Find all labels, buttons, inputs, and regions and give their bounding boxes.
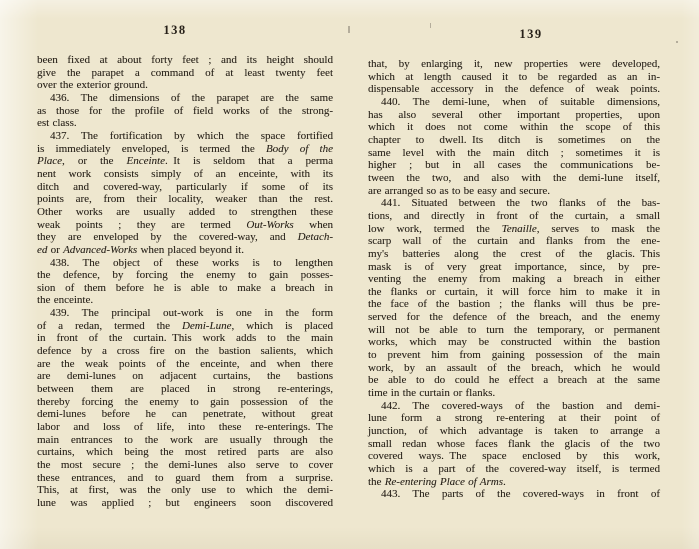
italic-text-run: Body of the xyxy=(266,143,333,155)
text-run: defence by a cross fire on the bastion s… xyxy=(37,345,333,357)
text-run: main entrances to the work are usually t… xyxy=(37,434,333,446)
page-right: 139 that, by enlarging it, new propertie… xyxy=(368,28,660,501)
text-line: the most secure ; the demi-lunes also se… xyxy=(37,459,333,472)
text-run: works, which may be constructed within t… xyxy=(368,336,660,348)
text-line: This, at first, was the only use to whic… xyxy=(37,484,333,497)
text-line: the flanks or curtain, it will force him… xyxy=(368,286,660,299)
text-run: tions, and directly in front of the curt… xyxy=(368,210,660,222)
text-run: low work, termed the xyxy=(368,223,502,235)
text-line: defence by a cross fire on the bastion s… xyxy=(37,345,333,358)
italic-text-run: Enceinte xyxy=(126,155,164,167)
text-line: the enceinte. xyxy=(37,294,333,307)
text-line: which at length caused it to be regarded… xyxy=(368,71,660,84)
italic-text-run: Detach- xyxy=(298,231,333,243)
text-run: labor and loss of life, into these re-en… xyxy=(37,421,333,433)
text-run: they are enveloped by the covered-way, a… xyxy=(37,231,298,243)
text-line: the Re-entering Place of Arms. xyxy=(368,476,660,489)
text-line: over the exterior ground. xyxy=(37,79,333,92)
text-line: that, by enlarging it, new properties we… xyxy=(368,58,660,71)
italic-text-run: Re-entering Place of Arms xyxy=(385,476,503,488)
text-run: , serves to mask the xyxy=(537,223,660,235)
text-run: thereby forcing the enemy to gain posses… xyxy=(37,396,333,408)
text-line: mask is of very great importance, since,… xyxy=(368,261,660,274)
text-line: demi-lunes before he can penetrate, with… xyxy=(37,408,333,421)
text-run: 442. The covered-ways of the bastion and… xyxy=(381,400,660,412)
text-run: the most secure ; the demi-lunes also se… xyxy=(37,459,333,471)
text-line: tions, and directly in front of the curt… xyxy=(368,210,660,223)
text-line: between them are placed in strong re-ent… xyxy=(37,383,333,396)
text-line: give the parapet a command of at least t… xyxy=(37,67,333,80)
text-run: these entrances, and to guard them from … xyxy=(37,472,333,484)
text-line: the face of the bastion ; the flanks wil… xyxy=(368,298,660,311)
text-line: tween the two, and also with the demi-lu… xyxy=(368,172,660,185)
page-left: 138 been fixed at about forty feet ; and… xyxy=(37,24,333,510)
text-run: be able to do could he effect a breach a… xyxy=(368,374,660,386)
text-line: served for the defence of the breach, an… xyxy=(368,311,660,324)
text-line: 443. The parts of the covered-ways in fr… xyxy=(368,488,660,501)
text-run: chapter to dwell. Its ditch is sometimes… xyxy=(368,134,660,146)
scan-speck xyxy=(676,41,678,43)
text-run: are the weak points of the enceinte, and… xyxy=(37,358,333,370)
text-line: curtains, which being the most retired p… xyxy=(37,446,333,459)
text-line: they are enveloped by the covered-way, a… xyxy=(37,231,333,244)
page-number: 139 xyxy=(385,28,677,41)
text-run: small redan whose faces flank the glacis… xyxy=(368,438,660,450)
text-run: work, by an assault of the breach, which… xyxy=(368,362,660,374)
text-run: curtains, which being the most retired p… xyxy=(37,446,333,458)
text-run: mask is of very great importance, since,… xyxy=(368,261,660,273)
text-line: sion of them before he is able to make a… xyxy=(37,282,333,295)
text-line: low work, termed the Tenaille, serves to… xyxy=(368,223,660,236)
text-line: est class. xyxy=(37,117,333,130)
text-run: tween the two, and also with the demi-lu… xyxy=(368,172,660,184)
text-run: as those for the profile of field works … xyxy=(37,105,333,117)
text-run: . xyxy=(503,476,506,488)
text-line: 436. The dimensions of the parapet are t… xyxy=(37,92,333,105)
text-run: the xyxy=(368,476,385,488)
text-run: dispensable accessory in the defence of … xyxy=(368,83,660,95)
text-line: 438. The object of these works is to len… xyxy=(37,257,333,270)
text-line: 440. The demi-lune, when of suitable dim… xyxy=(368,96,660,109)
text-run: points are, from their locality, weaker … xyxy=(37,193,333,205)
text-line: lune form a strong re-entering at their … xyxy=(368,412,660,425)
text-line: 437. The fortification by which the spac… xyxy=(37,130,333,143)
text-run: or xyxy=(47,244,63,256)
text-run: higher ; but in all cases the communicat… xyxy=(368,159,660,171)
text-line: are the weak points of the enceinte, and… xyxy=(37,358,333,371)
text-line: same level with the main ditch ; sometim… xyxy=(368,147,660,160)
text-run: to prevent him from gaining possession o… xyxy=(368,349,660,361)
text-line: of a redan, termed the Demi-Lune, which … xyxy=(37,320,333,333)
text-run: scarp wall of the curtain and flanks fro… xyxy=(368,235,660,247)
text-line: Place, or the Enceinte. It is seldom tha… xyxy=(37,155,333,168)
text-line: these entrances, and to guard them from … xyxy=(37,472,333,485)
text-run: Other works are usually added to strengt… xyxy=(37,206,333,218)
text-line: my's batteries along the crest of the gl… xyxy=(368,248,660,261)
text-line: Other works are usually added to strengt… xyxy=(37,206,333,219)
text-line: 441. Situated between the two flanks of … xyxy=(368,197,660,210)
text-line: chapter to dwell. Its ditch is sometimes… xyxy=(368,134,660,147)
text-run: venting the enemy from making a breach i… xyxy=(368,273,660,285)
text-line: covered ways. The space enclosed by this… xyxy=(368,450,660,463)
text-run: , or the xyxy=(62,155,126,167)
text-line: points are, from their locality, weaker … xyxy=(37,193,333,206)
text-line: which is a part of the covered-way itsel… xyxy=(368,463,660,476)
text-run: nent work consists simply of an enceinte… xyxy=(37,168,333,180)
text-run: that, by enlarging it, new properties we… xyxy=(368,58,660,70)
text-run: 443. The parts of the covered-ways in fr… xyxy=(381,488,660,500)
italic-text-run: Place xyxy=(37,155,62,167)
text-run: 437. The fortification by which the spac… xyxy=(50,130,333,142)
text-run: when xyxy=(294,219,333,231)
text-run: covered ways. The space enclosed by this… xyxy=(368,450,660,462)
text-line: thereby forcing the enemy to gain posses… xyxy=(37,396,333,409)
text-run: 440. The demi-lune, when of suitable dim… xyxy=(381,96,660,108)
text-run: ditch and covered-way, particularly if s… xyxy=(37,181,333,193)
text-line: nent work consists simply of an enceinte… xyxy=(37,168,333,181)
text-run: 438. The object of these works is to len… xyxy=(50,257,333,269)
text-line: time in the curtain or flanks. xyxy=(368,387,660,400)
text-run: been fixed at about forty feet ; and its… xyxy=(37,54,333,66)
text-line: higher ; but in all cases the communicat… xyxy=(368,159,660,172)
text-line: ditch and covered-way, particularly if s… xyxy=(37,181,333,194)
book-spread: 138 been fixed at about forty feet ; and… xyxy=(0,0,699,549)
text-line: junction, of which advantage is taken to… xyxy=(368,425,660,438)
text-line: be able to do could he effect a breach a… xyxy=(368,374,660,387)
text-line: which it does not come within the scope … xyxy=(368,121,660,134)
text-run: which at length caused it to be regarded… xyxy=(368,71,660,83)
text-run: time in the curtain or flanks. xyxy=(368,387,495,399)
text-run: 441. Situated between the two flanks of … xyxy=(381,197,660,209)
text-line: in front of the curtain. This work adds … xyxy=(37,332,333,345)
italic-text-run: ed xyxy=(37,244,47,256)
text-line: are demi-lunes on adjacent curtains, the… xyxy=(37,370,333,383)
text-run: same level with the main ditch ; sometim… xyxy=(368,147,660,159)
text-run: the flanks or curtain, it will force him… xyxy=(368,286,660,298)
text-line: has also several other important propert… xyxy=(368,109,660,122)
scan-speck xyxy=(348,26,350,33)
text-run: which is a part of the covered-way itsel… xyxy=(368,463,660,475)
text-run: sion of them before he is able to make a… xyxy=(37,282,333,294)
italic-text-run: Out-Works xyxy=(246,219,293,231)
text-run: . It is seldom that a perma xyxy=(165,155,333,167)
text-run: the defence, by forcing the enemy to gai… xyxy=(37,269,333,281)
text-run: weak points ; they are termed xyxy=(37,219,246,231)
text-run: between them are placed in strong re-ent… xyxy=(37,383,333,395)
text-run: my's batteries along the crest of the gl… xyxy=(368,248,660,260)
text-run: lune form a strong re-entering at their … xyxy=(368,412,660,424)
text-run: lune was applied ; but engineers soon di… xyxy=(37,497,333,509)
text-run: the face of the bastion ; the flanks wil… xyxy=(368,298,660,310)
text-line: main entrances to the work are usually t… xyxy=(37,434,333,447)
text-line: lune was applied ; but engineers soon di… xyxy=(37,497,333,510)
text-run: are arranged so as to be easy and secure… xyxy=(368,185,550,197)
text-line: the defence, by forcing the enemy to gai… xyxy=(37,269,333,282)
text-line: dispensable accessory in the defence of … xyxy=(368,83,660,96)
text-line: weak points ; they are termed Out-Works … xyxy=(37,219,333,232)
text-line: been fixed at about forty feet ; and its… xyxy=(37,54,333,67)
text-run: when placed beyond it. xyxy=(137,244,244,256)
text-run: give the parapet a command of at least t… xyxy=(37,67,333,79)
page-number: 138 xyxy=(27,24,323,37)
text-line: ed or Advanced-Works when placed beyond … xyxy=(37,244,333,257)
text-run: served for the defence of the breach, an… xyxy=(368,311,660,323)
text-run: 436. The dimensions of the parapet are t… xyxy=(50,92,333,104)
text-line: will not be able to turn the temporary, … xyxy=(368,324,660,337)
italic-text-run: Demi-Lune xyxy=(182,320,232,332)
text-line: works, which may be constructed within t… xyxy=(368,336,660,349)
text-column: that, by enlarging it, new properties we… xyxy=(368,58,660,501)
text-line: are arranged so as to be easy and secure… xyxy=(368,185,660,198)
text-run: are demi-lunes on adjacent curtains, the… xyxy=(37,370,333,382)
text-run: of a redan, termed the xyxy=(37,320,182,332)
text-line: scarp wall of the curtain and flanks fro… xyxy=(368,235,660,248)
text-run: junction, of which advantage is taken to… xyxy=(368,425,660,437)
text-line: work, by an assault of the breach, which… xyxy=(368,362,660,375)
text-run: over the exterior ground. xyxy=(37,79,148,91)
text-run: This, at first, was the only use to whic… xyxy=(37,484,333,496)
italic-text-run: Advanced-Works xyxy=(63,244,137,256)
text-run: is immediately enveloped, is termed the xyxy=(37,143,266,155)
text-line: 442. The covered-ways of the bastion and… xyxy=(368,400,660,413)
text-line: to prevent him from gaining possession o… xyxy=(368,349,660,362)
text-line: as those for the profile of field works … xyxy=(37,105,333,118)
text-line: labor and loss of life, into these re-en… xyxy=(37,421,333,434)
text-line: venting the enemy from making a breach i… xyxy=(368,273,660,286)
text-run: 439. The principal out-work is one in th… xyxy=(50,307,333,319)
italic-text-run: Tenaille xyxy=(502,223,537,235)
text-line: 439. The principal out-work is one in th… xyxy=(37,307,333,320)
text-run: will not be able to turn the temporary, … xyxy=(368,324,660,336)
text-run: the enceinte. xyxy=(37,294,93,306)
text-run: in front of the curtain. This work adds … xyxy=(37,332,333,344)
text-line: is immediately enveloped, is termed the … xyxy=(37,143,333,156)
text-column: been fixed at about forty feet ; and its… xyxy=(37,54,333,510)
text-run: which it does not come within the scope … xyxy=(368,121,660,133)
text-run: demi-lunes before he can penetrate, with… xyxy=(37,408,333,420)
text-line: small redan whose faces flank the glacis… xyxy=(368,438,660,451)
text-run: , which is placed xyxy=(231,320,333,332)
text-run: est class. xyxy=(37,117,77,129)
text-run: has also several other important propert… xyxy=(368,109,660,121)
